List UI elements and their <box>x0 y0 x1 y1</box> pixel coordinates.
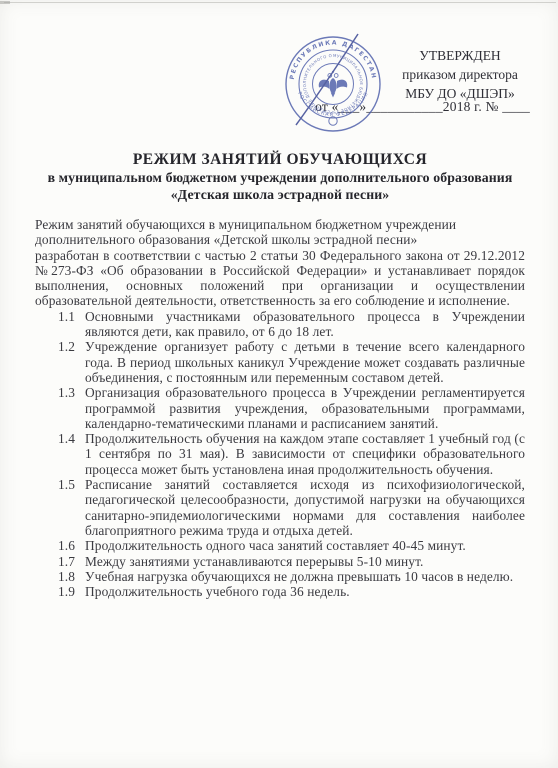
list-item-text: Между занятиями устанавливаются перерывы… <box>85 554 525 569</box>
list-item: 1.9 Продолжительность учебного года 36 н… <box>58 584 525 599</box>
intro-paragraph-1: Режим занятий обучающихся в муниципально… <box>35 217 525 248</box>
list-item-text: Организация образовательного процесса в … <box>85 385 525 431</box>
document-page: УТВЕРЖДЕН приказом директора МБУ ДО «ДШЭ… <box>0 0 558 768</box>
list-item-text: Учреждение организует работу с детьми в … <box>85 339 525 385</box>
list-item: 1.2 Учреждение организует работу с детьм… <box>58 339 525 385</box>
document-subtitle-1: в муниципальном бюджетном учреждении доп… <box>35 169 525 186</box>
list-item-text: Продолжительность учебного года 36 недел… <box>85 584 525 599</box>
list-item-text: Основными участниками образовательного п… <box>85 309 525 340</box>
list-item-number: 1.1 <box>58 309 85 340</box>
list-item-text: Учебная нагрузка обучающихся не должна п… <box>85 569 525 584</box>
list-item: 1.7 Между занятиями устанавливаются пере… <box>58 554 525 569</box>
list-item: 1.4 Продолжительность обучения на каждом… <box>58 431 525 477</box>
list-item-number: 1.8 <box>58 569 85 584</box>
document-content: РЕЖИМ ЗАНЯТИЙ ОБУЧАЮЩИХСЯ в муниципально… <box>0 0 558 599</box>
numbered-list: 1.1 Основными участниками образовательно… <box>58 309 525 600</box>
list-item-number: 1.3 <box>58 385 85 431</box>
list-item-text: Продолжительность обучения на каждом эта… <box>85 431 525 477</box>
list-item: 1.8 Учебная нагрузка обучающихся не долж… <box>58 569 525 584</box>
list-item-text: Расписание занятий составляется исходя и… <box>85 477 525 538</box>
list-item: 1.6 Продолжительность одного часа заняти… <box>58 538 525 553</box>
document-title: РЕЖИМ ЗАНЯТИЙ ОБУЧАЮЩИХСЯ <box>35 150 525 169</box>
list-item-number: 1.5 <box>58 477 85 538</box>
list-item: 1.1 Основными участниками образовательно… <box>58 309 525 340</box>
list-item-number: 1.9 <box>58 584 85 599</box>
list-item: 1.3 Организация образовательного процесс… <box>58 385 525 431</box>
list-item-number: 1.6 <box>58 538 85 553</box>
list-item-number: 1.2 <box>58 339 85 385</box>
list-item-text: Продолжительность одного часа занятий со… <box>85 538 525 553</box>
list-item-number: 1.7 <box>58 554 85 569</box>
intro-paragraph-2: разработан в соответствии с частью 2 ста… <box>35 248 525 309</box>
document-subtitle-2: «Детская школа эстрадной песни» <box>35 186 525 203</box>
list-item-number: 1.4 <box>58 431 85 477</box>
list-item: 1.5 Расписание занятий составляется исхо… <box>58 477 525 538</box>
